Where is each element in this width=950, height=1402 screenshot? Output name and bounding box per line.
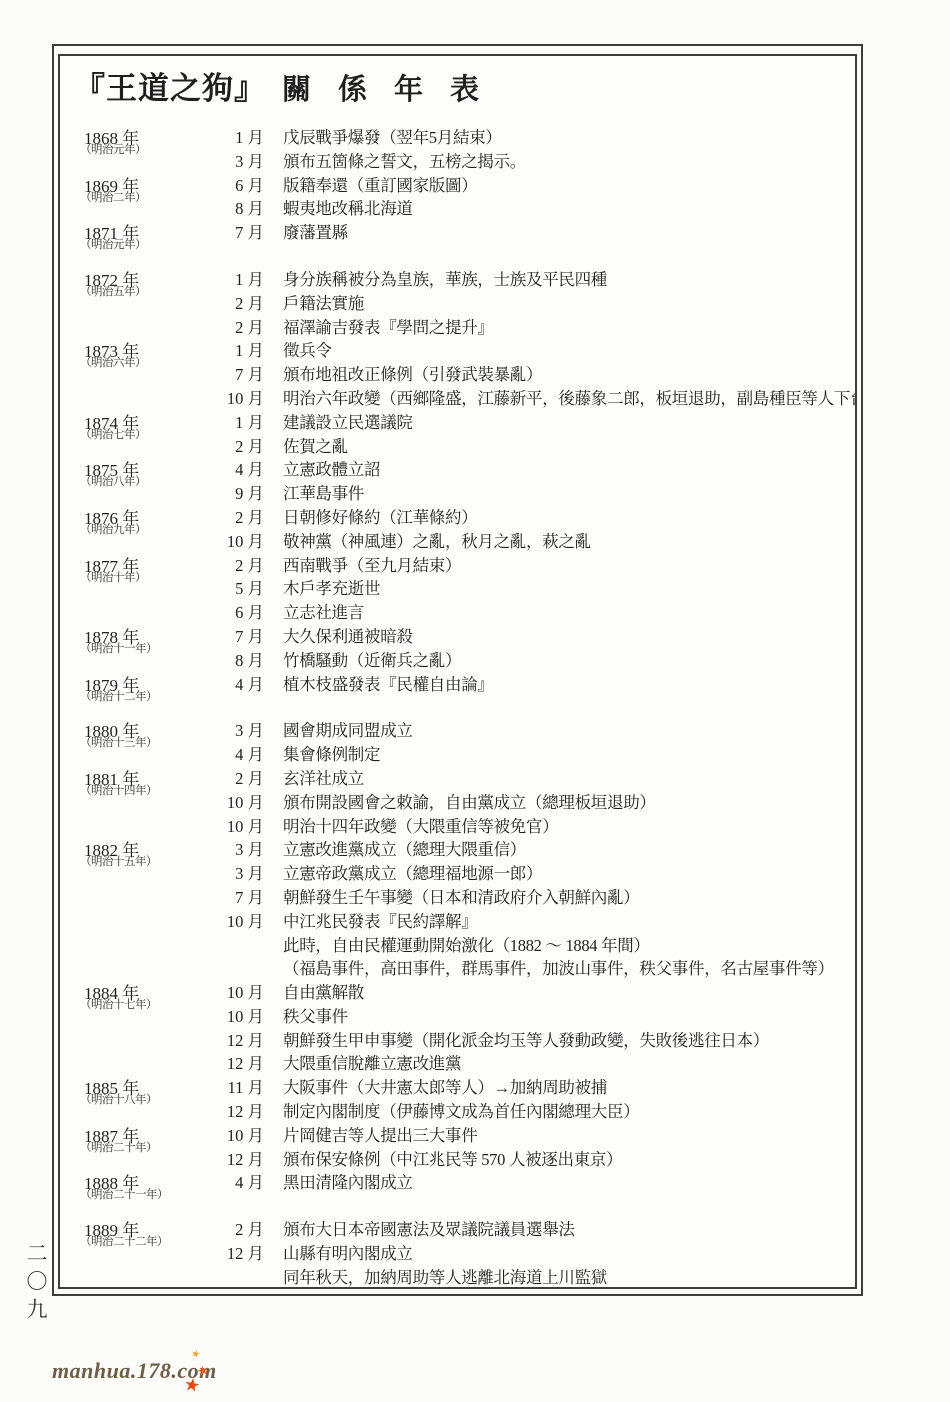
timeline-row: 7 月 朝鮮發生壬午事變（日本和清政府介入朝鮮內亂） bbox=[72, 884, 855, 908]
month-label: 10 月 bbox=[192, 813, 264, 837]
timeline-row: 10 月 明治十四年政變（大隈重信等被免官） bbox=[72, 813, 855, 837]
timeline-row: 12 月 制定內閣制度（伊藤博文成為首任內閣總理大臣） bbox=[72, 1098, 855, 1122]
event-text: 植木枝盛發表『民權自由論』 bbox=[264, 671, 494, 695]
month-label: 10 月 bbox=[192, 979, 264, 1003]
month-label: 10 月 bbox=[192, 908, 264, 932]
timeline-row: 8 月 竹橋騷動（近衛兵之亂） bbox=[72, 647, 855, 671]
era-label: （明治十七年） bbox=[80, 996, 157, 1012]
era-label: （明治二十年） bbox=[80, 1139, 157, 1155]
event-text: 頒布地祖改正條例（引發武裝暴亂） bbox=[264, 361, 542, 385]
timeline-row: 10 月 敬神黨（神風連）之亂，秋月之亂，萩之亂 bbox=[72, 528, 855, 552]
month-label: 12 月 bbox=[192, 1240, 264, 1264]
timeline-row: 此時，自由民權運動開始激化（1882 ～ 1884 年間） bbox=[72, 932, 855, 956]
event-text: 立憲改進黨成立（總理大隈重信） bbox=[264, 836, 526, 860]
month-label: 7 月 bbox=[192, 884, 264, 908]
event-text: 木戶孝充逝世 bbox=[264, 575, 380, 599]
year-cell: 1877 年 （明治十年） bbox=[72, 552, 192, 577]
timeline-row: 1875 年 （明治八年） 4 月 立憲政體立詔 bbox=[72, 456, 855, 480]
month-label: 7 月 bbox=[192, 361, 264, 385]
star-icon: ★ bbox=[183, 1375, 202, 1396]
outer-frame: 『王道之狗』關係年表 1868 年 （明治元年） 1 月 戊辰戰爭爆發（翌年5月… bbox=[52, 44, 863, 1296]
event-text: 版籍奉還（重訂國家版圖） bbox=[264, 172, 477, 196]
timeline-row: 12 月 頒布保安條例（中江兆民等 570 人被逐出東京） bbox=[72, 1146, 855, 1170]
era-label: （明治元年） bbox=[80, 236, 146, 252]
era-label: （明治十八年） bbox=[80, 1091, 157, 1107]
timeline-row: 1879 年 （明治十二年） 4 月 植木枝盛發表『民權自由論』 bbox=[72, 671, 855, 695]
month-label: 2 月 bbox=[192, 765, 264, 789]
month-label: 8 月 bbox=[192, 647, 264, 671]
timeline-row: 4 月 集會條例制定 bbox=[72, 741, 855, 765]
month-label: 12 月 bbox=[192, 1050, 264, 1074]
month-label: 4 月 bbox=[192, 671, 264, 695]
month-label: 4 月 bbox=[192, 456, 264, 480]
book-title: 『王道之狗』 bbox=[74, 71, 266, 106]
timeline-row: 6 月 立志社進言 bbox=[72, 599, 855, 623]
month-label: 10 月 bbox=[192, 1122, 264, 1146]
timeline-row: 1887 年 （明治二十年） 10 月 片岡健吉等人提出三大事件 bbox=[72, 1122, 855, 1146]
year-cell: 1872 年 （明治五年） bbox=[72, 266, 192, 291]
event-text: 制定內閣制度（伊藤博文成為首任內閣總理大臣） bbox=[264, 1098, 639, 1122]
event-text: 佐賀之亂 bbox=[264, 433, 348, 457]
title-suffix: 關係年表 bbox=[282, 74, 506, 106]
event-text: 蝦夷地改稱北海道 bbox=[264, 195, 413, 219]
event-text: 徵兵令 bbox=[264, 337, 332, 361]
year-cell: 1881 年 （明治十四年） bbox=[72, 765, 192, 790]
event-text: 身分族稱被分為皇族，華族，士族及平民四種 bbox=[264, 266, 607, 290]
timeline-row: 1889 年 （明治二十二年） 2 月 頒布大日本帝國憲法及眾議院議員選舉法 bbox=[72, 1216, 855, 1240]
timeline-row: 7 月 頒布地祖改正條例（引發武裝暴亂） bbox=[72, 361, 855, 385]
timeline-row: 1878 年 （明治十一年） 7 月 大久保利通被暗殺 bbox=[72, 623, 855, 647]
month-label: 2 月 bbox=[192, 552, 264, 576]
era-label: （明治五年） bbox=[80, 283, 146, 299]
event-text: 頒布五箇條之誓文，五榜之揭示。 bbox=[264, 148, 526, 172]
timeline-row: 1881 年 （明治十四年） 2 月 玄洋社成立 bbox=[72, 765, 855, 789]
month-label: 8 月 bbox=[192, 195, 264, 219]
year-cell: 1873 年 （明治六年） bbox=[72, 337, 192, 362]
month-label: 1 月 bbox=[192, 409, 264, 433]
era-label: （明治九年） bbox=[80, 521, 146, 537]
month-label: 3 月 bbox=[192, 148, 264, 172]
event-text: 竹橋騷動（近衛兵之亂） bbox=[264, 647, 461, 671]
event-text: 大久保利通被暗殺 bbox=[264, 623, 413, 647]
month-label: 7 月 bbox=[192, 219, 264, 243]
timeline-row: 同年秋天，加納周助等人逃離北海道上川監獄 bbox=[72, 1264, 855, 1288]
era-label: （明治二十二年） bbox=[80, 1233, 168, 1249]
year-cell: 1884 年 （明治十七年） bbox=[72, 979, 192, 1004]
inner-frame: 『王道之狗』關係年表 1868 年 （明治元年） 1 月 戊辰戰爭爆發（翌年5月… bbox=[58, 54, 857, 1289]
event-text: 戶籍法實施 bbox=[264, 290, 364, 314]
chronology-table: 『王道之狗』關係年表 1868 年 （明治元年） 1 月 戊辰戰爭爆發（翌年5月… bbox=[60, 56, 855, 1288]
event-text: 立憲政體立詔 bbox=[264, 456, 380, 480]
month-label: 11 月 bbox=[192, 1074, 264, 1098]
year-cell: 1869 年 （明治二年） bbox=[72, 172, 192, 197]
timeline-row: 3 月 立憲帝政黨成立（總理福地源一郎） bbox=[72, 860, 855, 884]
era-label: （明治七年） bbox=[80, 426, 146, 442]
event-text: 頒布大日本帝國憲法及眾議院議員選舉法 bbox=[264, 1216, 575, 1240]
timeline-row: 12 月 朝鮮發生甲申事變（開化派金均玉等人發動政變，失敗後逃往日本） bbox=[72, 1027, 855, 1051]
event-text: 西南戰爭（至九月結束） bbox=[264, 552, 461, 576]
timeline-row: 1888 年 （明治二十一年） 4 月 黑田清隆內閣成立 bbox=[72, 1169, 855, 1193]
event-text: 片岡健吉等人提出三大事件 bbox=[264, 1122, 477, 1146]
event-text: 廢藩置縣 bbox=[264, 219, 348, 243]
event-text: 同年秋天，加納周助等人逃離北海道上川監獄 bbox=[264, 1264, 607, 1288]
month-label: 3 月 bbox=[192, 836, 264, 860]
timeline-row: 12 月 大隈重信脫離立憲改進黨 bbox=[72, 1050, 855, 1074]
timeline-row: 8 月 蝦夷地改稱北海道 bbox=[72, 195, 855, 219]
year-cell: 1875 年 （明治八年） bbox=[72, 456, 192, 481]
era-label: （明治十年） bbox=[80, 569, 146, 585]
event-text: 秩父事件 bbox=[264, 1003, 348, 1027]
month-label: 2 月 bbox=[192, 1216, 264, 1240]
event-text: 大阪事件（大井憲太郎等人）→加納周助被捕 bbox=[264, 1074, 607, 1098]
month-label: 10 月 bbox=[192, 385, 264, 409]
month-label: 2 月 bbox=[192, 314, 264, 338]
page-number-vertical: 二〇九 bbox=[21, 1242, 51, 1326]
year-cell: 1871 年 （明治元年） bbox=[72, 219, 192, 244]
timeline-row: 1868 年 （明治元年） 1 月 戊辰戰爭爆發（翌年5月結束） bbox=[72, 124, 855, 148]
month-label: 10 月 bbox=[192, 1003, 264, 1027]
month-label: 1 月 bbox=[192, 266, 264, 290]
event-text: 此時，自由民權運動開始激化（1882 ～ 1884 年間） bbox=[264, 932, 650, 956]
timeline-row: 1871 年 （明治元年） 7 月 廢藩置縣 bbox=[72, 219, 855, 243]
event-text: 建議設立民選議院 bbox=[264, 409, 413, 433]
year-cell: 1882 年 （明治十五年） bbox=[72, 836, 192, 861]
year-cell: 1876 年 （明治九年） bbox=[72, 504, 192, 529]
month-label: 6 月 bbox=[192, 172, 264, 196]
event-text: 敬神黨（神風連）之亂，秋月之亂，萩之亂 bbox=[264, 528, 591, 552]
era-label: （明治十三年） bbox=[80, 734, 157, 750]
event-text: 中江兆民發表『民約譯解』 bbox=[264, 908, 477, 932]
era-label: （明治二十一年） bbox=[80, 1186, 168, 1202]
month-label: 3 月 bbox=[192, 717, 264, 741]
event-text: 頒布保安條例（中江兆民等 570 人被逐出東京） bbox=[264, 1146, 622, 1170]
timeline-row: 12 月 山縣有明內閣成立 bbox=[72, 1240, 855, 1264]
event-text: 日朝修好條約（江華條約） bbox=[264, 504, 477, 528]
event-text: 戊辰戰爭爆發（翌年5月結束） bbox=[264, 124, 502, 148]
event-text: 明治十四年政變（大隈重信等被免官） bbox=[264, 813, 558, 837]
month-label: 6 月 bbox=[192, 599, 264, 623]
year-cell: 1868 年 （明治元年） bbox=[72, 124, 192, 149]
month-label: 4 月 bbox=[192, 1169, 264, 1193]
year-cell: 1879 年 （明治十二年） bbox=[72, 671, 192, 696]
timeline-row: 1872 年 （明治五年） 1 月 身分族稱被分為皇族，華族，士族及平民四種 bbox=[72, 266, 855, 290]
year-cell: 1880 年 （明治十三年） bbox=[72, 717, 192, 742]
year-cell: 1874 年 （明治七年） bbox=[72, 409, 192, 434]
event-text: 朝鮮發生甲申事變（開化派金均玉等人發動政變，失敗後逃往日本） bbox=[264, 1027, 769, 1051]
event-text: 黑田清隆內閣成立 bbox=[264, 1169, 413, 1193]
page-title: 『王道之狗』關係年表 bbox=[74, 70, 855, 114]
event-text: （福島事件，高田事件，群馬事件，加波山事件，秩父事件，名古屋事件等） bbox=[264, 955, 834, 979]
event-text: 福澤諭吉發表『學問之提升』 bbox=[264, 314, 494, 338]
event-text: 頒布開設國會之敕諭，自由黨成立（總理板垣退助） bbox=[264, 789, 656, 813]
timeline-row: （福島事件，高田事件，群馬事件，加波山事件，秩父事件，名古屋事件等） bbox=[72, 955, 855, 979]
timeline-row: 1884 年 （明治十七年） 10 月 自由黨解散 bbox=[72, 979, 855, 1003]
timeline-row: 1885 年 （明治十八年） 11 月 大阪事件（大井憲太郎等人）→加納周助被捕 bbox=[72, 1074, 855, 1098]
timeline-row: 2 月 佐賀之亂 bbox=[72, 433, 855, 457]
timeline-row: 1876 年 （明治九年） 2 月 日朝修好條約（江華條約） bbox=[72, 504, 855, 528]
event-text: 自由黨解散 bbox=[264, 979, 364, 1003]
event-text: 集會條例制定 bbox=[264, 741, 380, 765]
timeline-row: 1882 年 （明治十五年） 3 月 立憲改進黨成立（總理大隈重信） bbox=[72, 836, 855, 860]
timeline-row: 5 月 木戶孝充逝世 bbox=[72, 575, 855, 599]
event-text: 國會期成同盟成立 bbox=[264, 717, 413, 741]
event-text: 明治六年政變（西鄉隆盛，江藤新平，後藤象二郎，板垣退助，副島種臣等人下台） bbox=[264, 385, 857, 409]
timeline-row: 2 月 福澤諭吉發表『學問之提升』 bbox=[72, 314, 855, 338]
month-label: 10 月 bbox=[192, 528, 264, 552]
event-text: 朝鮮發生壬午事變（日本和清政府介入朝鮮內亂） bbox=[264, 884, 639, 908]
era-label: （明治八年） bbox=[80, 473, 146, 489]
era-label: （明治六年） bbox=[80, 354, 146, 370]
era-label: （明治元年） bbox=[80, 141, 146, 157]
month-label: 4 月 bbox=[192, 741, 264, 765]
timeline-row: 3 月 頒布五箇條之誓文，五榜之揭示。 bbox=[72, 148, 855, 172]
year-cell: 1878 年 （明治十一年） bbox=[72, 623, 192, 648]
timeline-row: 10 月 頒布開設國會之敕諭，自由黨成立（總理板垣退助） bbox=[72, 789, 855, 813]
month-label: 10 月 bbox=[192, 789, 264, 813]
era-label: （明治二年） bbox=[80, 189, 146, 205]
event-text: 大隈重信脫離立憲改進黨 bbox=[264, 1050, 461, 1074]
month-label: 12 月 bbox=[192, 1146, 264, 1170]
timeline-row: 1869 年 （明治二年） 6 月 版籍奉還（重訂國家版圖） bbox=[72, 172, 855, 196]
month-label: 2 月 bbox=[192, 504, 264, 528]
year-cell: 1885 年 （明治十八年） bbox=[72, 1074, 192, 1099]
timeline-row: 1880 年 （明治十三年） 3 月 國會期成同盟成立 bbox=[72, 717, 855, 741]
era-label: （明治十五年） bbox=[80, 853, 157, 869]
year-cell: 1888 年 （明治二十一年） bbox=[72, 1169, 192, 1194]
event-text: 立志社進言 bbox=[264, 599, 364, 623]
event-text: 江華島事件 bbox=[264, 480, 364, 504]
era-label: （明治十四年） bbox=[80, 782, 157, 798]
era-label: （明治十二年） bbox=[80, 688, 157, 704]
event-text: 立憲帝政黨成立（總理福地源一郎） bbox=[264, 860, 542, 884]
month-label: 2 月 bbox=[192, 433, 264, 457]
month-label: 9 月 bbox=[192, 480, 264, 504]
month-label: 1 月 bbox=[192, 337, 264, 361]
month-label: 3 月 bbox=[192, 860, 264, 884]
month-label: 12 月 bbox=[192, 1098, 264, 1122]
timeline-row: 10 月 中江兆民發表『民約譯解』 bbox=[72, 908, 855, 932]
timeline-row: 2 月 戶籍法實施 bbox=[72, 290, 855, 314]
year-cell: 1887 年 （明治二十年） bbox=[72, 1122, 192, 1147]
month-label: 7 月 bbox=[192, 623, 264, 647]
timeline-row: 1873 年 （明治六年） 1 月 徵兵令 bbox=[72, 337, 855, 361]
year-cell: 1889 年 （明治二十二年） bbox=[72, 1216, 192, 1241]
event-text: 山縣有明內閣成立 bbox=[264, 1240, 413, 1264]
event-text: 玄洋社成立 bbox=[264, 765, 364, 789]
timeline-rows: 1868 年 （明治元年） 1 月 戊辰戰爭爆發（翌年5月結束） 3 月 頒 bbox=[72, 124, 855, 1288]
timeline-row: 1874 年 （明治七年） 1 月 建議設立民選議院 bbox=[72, 409, 855, 433]
timeline-row: 10 月 明治六年政變（西鄉隆盛，江藤新平，後藤象二郎，板垣退助，副島種臣等人下… bbox=[72, 385, 855, 409]
month-label: 1 月 bbox=[192, 124, 264, 148]
month-label: 2 月 bbox=[192, 290, 264, 314]
era-label: （明治十一年） bbox=[80, 640, 157, 656]
month-label: 5 月 bbox=[192, 575, 264, 599]
timeline-row: 10 月 秩父事件 bbox=[72, 1003, 855, 1027]
month-label: 12 月 bbox=[192, 1027, 264, 1051]
timeline-row: 9 月 江華島事件 bbox=[72, 480, 855, 504]
timeline-row: 1877 年 （明治十年） 2 月 西南戰爭（至九月結束） bbox=[72, 552, 855, 576]
